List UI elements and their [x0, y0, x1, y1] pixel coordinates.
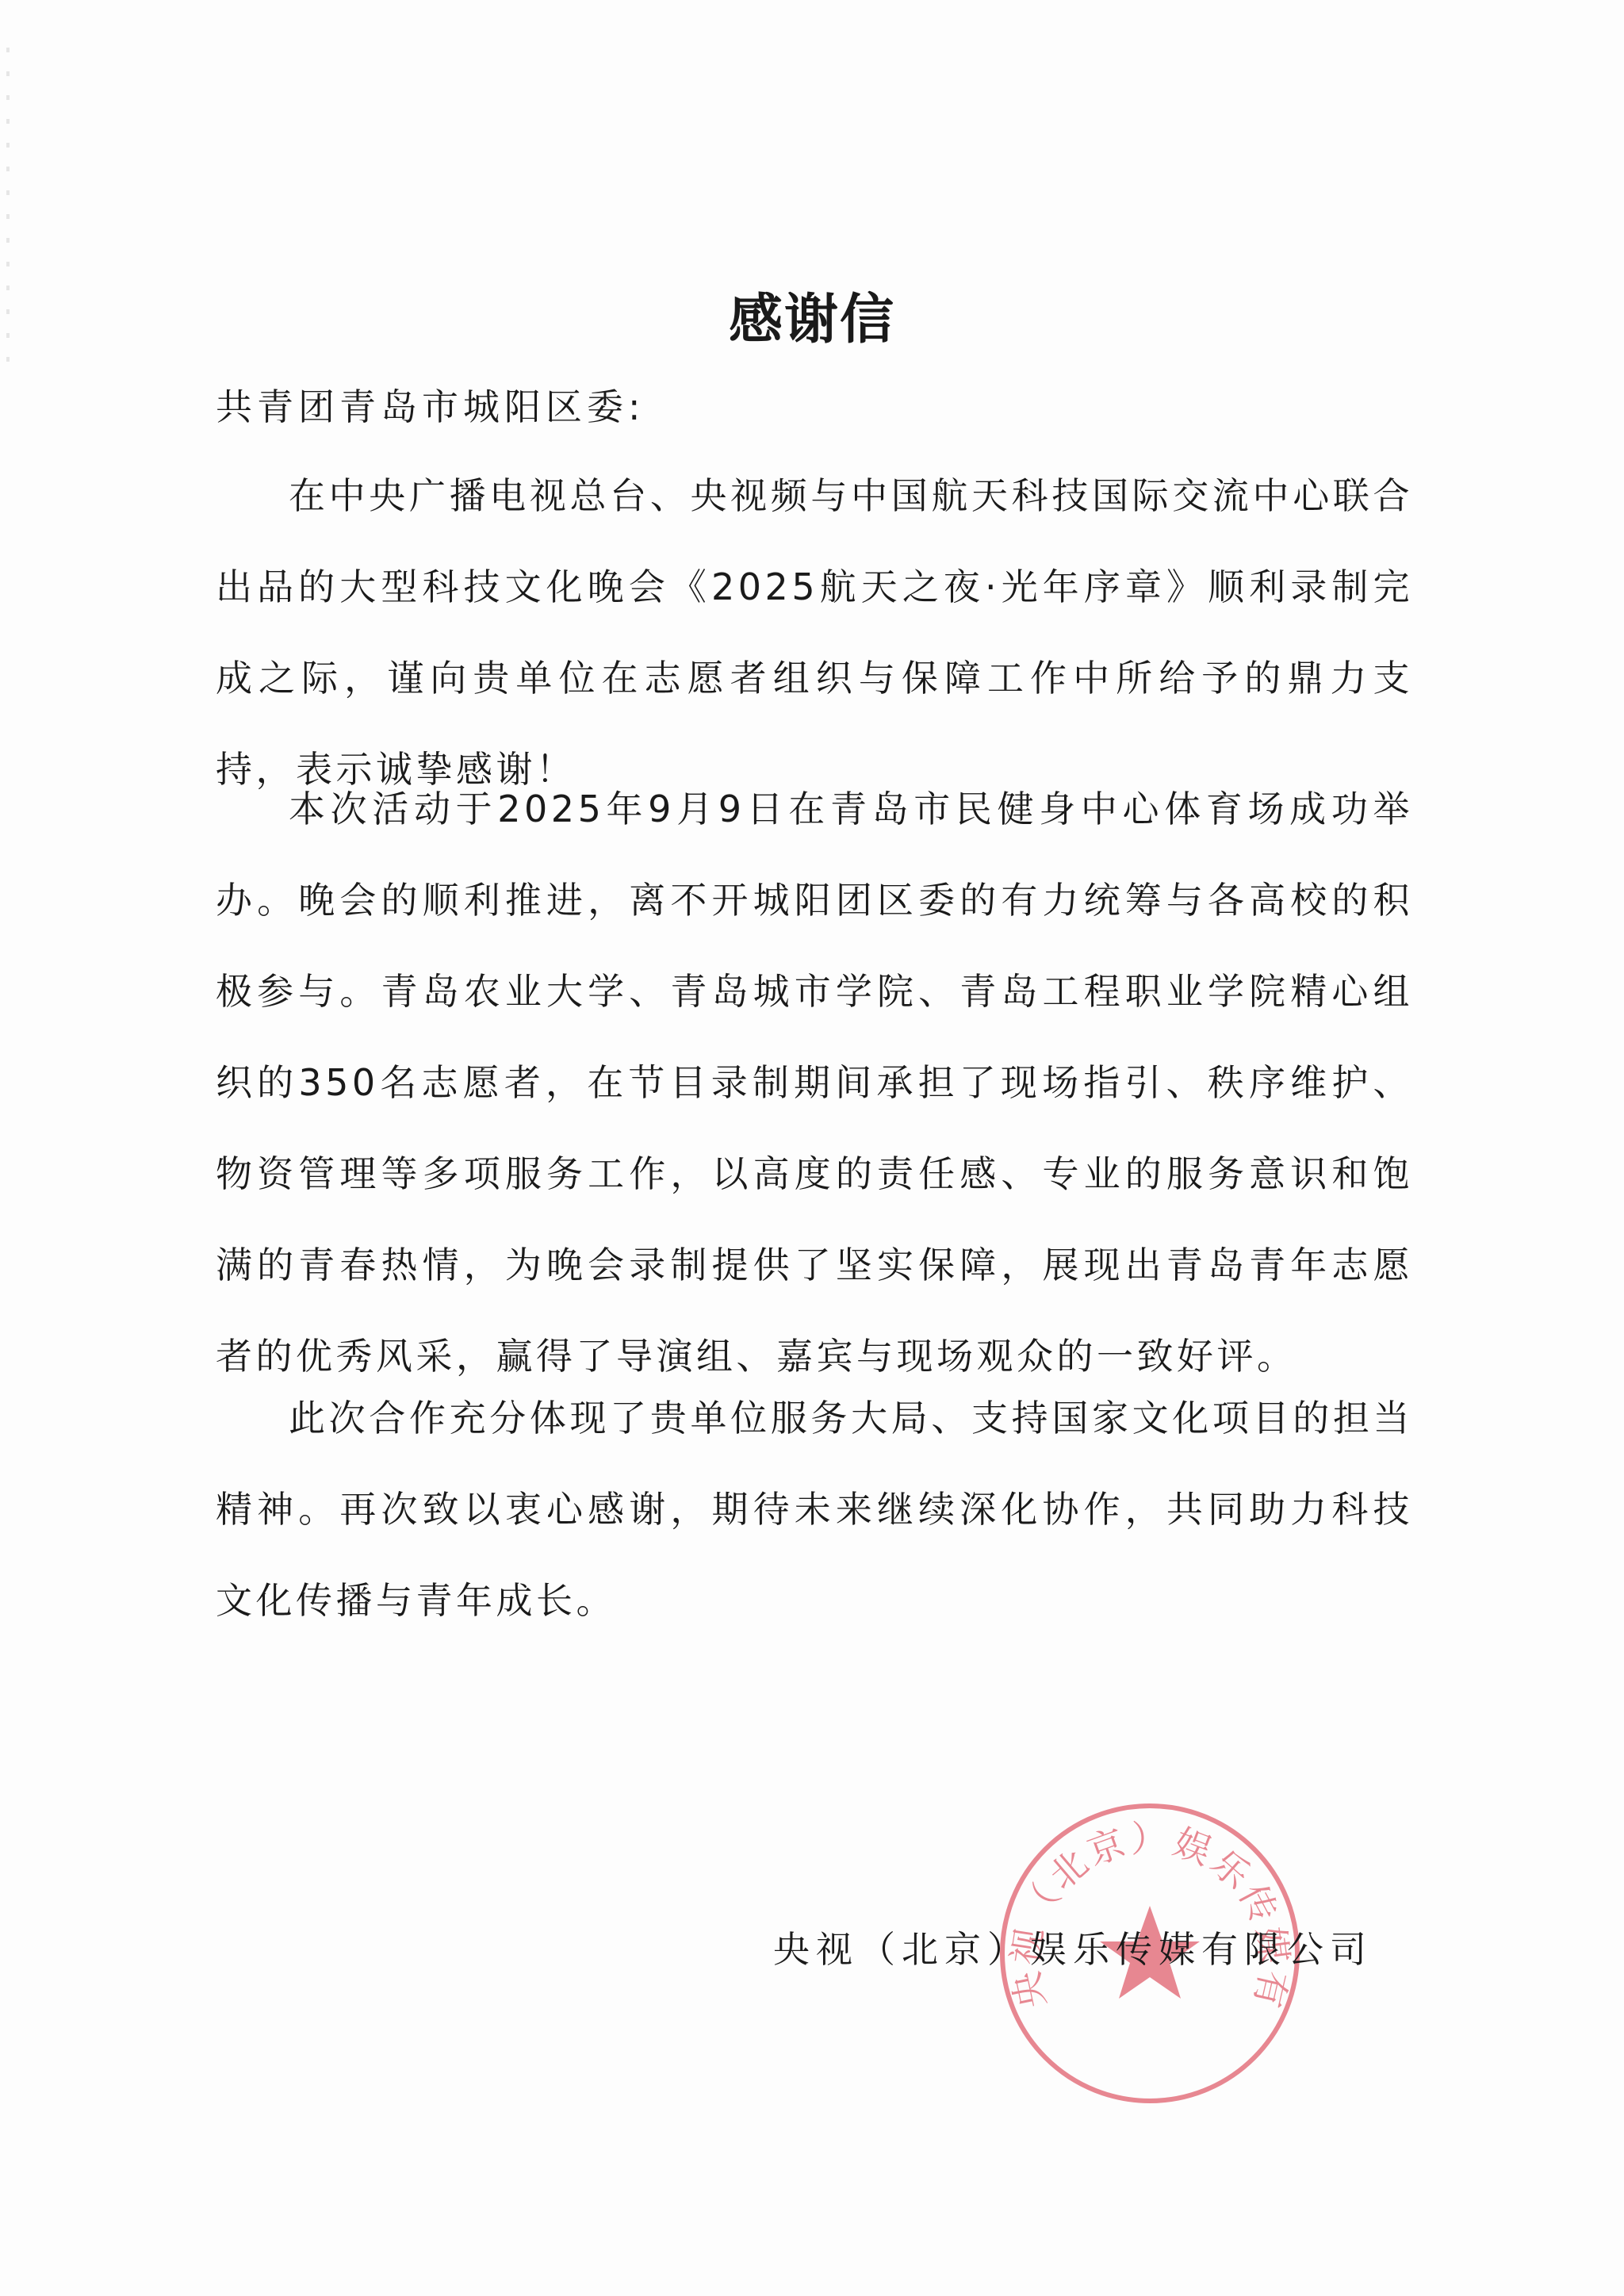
letter-paragraph-3: 此次合作充分体现了贵单位服务大局、支持国家文化项目的担当精神。再次致以衷心感谢，…	[216, 1373, 1413, 1646]
letter-page: 感谢信 共青团青岛市城阳区委: 在中央广播电视总台、央视频与中国航天科技国际交流…	[0, 0, 1624, 2296]
seal-text: 央视（北京）娱乐传媒有限公司	[995, 1799, 1297, 2014]
letter-paragraph-1: 在中央广播电视总台、央视频与中国航天科技国际交流中心联合出品的大型科技文化晚会《…	[216, 450, 1413, 815]
letter-signature: 央视（北京）娱乐传媒有限公司	[773, 1931, 1373, 1968]
letter-title: 感谢信	[0, 293, 1624, 347]
letter-salutation: 共青团青岛市城阳区委:	[216, 389, 645, 425]
svg-text:央视（北京）娱乐传媒有限公司: 央视（北京）娱乐传媒有限公司	[995, 1799, 1297, 2014]
letter-paragraph-2: 本次活动于2025年9月9日在青岛市民健身中心体育场成功举办。晚会的顺利推进，离…	[216, 764, 1413, 1402]
